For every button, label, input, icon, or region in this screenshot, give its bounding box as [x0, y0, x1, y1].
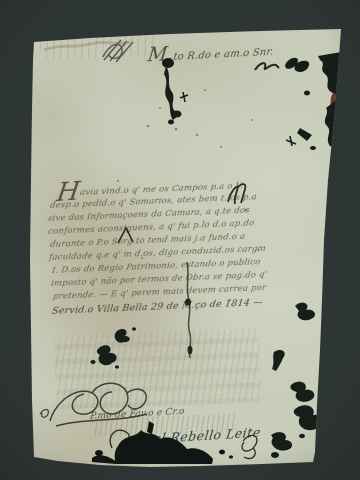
- bleedthrough-lines: [54, 328, 261, 409]
- photograph: M.to R.do e am.o Snr. H avia vind.o q' m…: [0, 0, 360, 480]
- seal-spot: [331, 91, 342, 115]
- ink-squiggle: [255, 63, 279, 70]
- edge-blots-bottom-right: [271, 303, 323, 458]
- manuscript-paper: M.to R.do e am.o Snr. H avia vind.o q' m…: [0, 0, 360, 480]
- ink-drip-center: [162, 58, 188, 125]
- salutation: M.to R.do e am.o Snr.: [147, 37, 276, 66]
- top-showthrough-stroke: [44, 42, 130, 50]
- edge-blots-top-right: [285, 52, 341, 150]
- bleedthrough-lines-top: [40, 36, 156, 60]
- closing-line: P.mo de Fav.o e Cr.o: [89, 407, 185, 422]
- header-flourish: [103, 40, 133, 62]
- edge-blots-left: [91, 327, 137, 368]
- signature: M.el Rebello Leite: [135, 424, 262, 447]
